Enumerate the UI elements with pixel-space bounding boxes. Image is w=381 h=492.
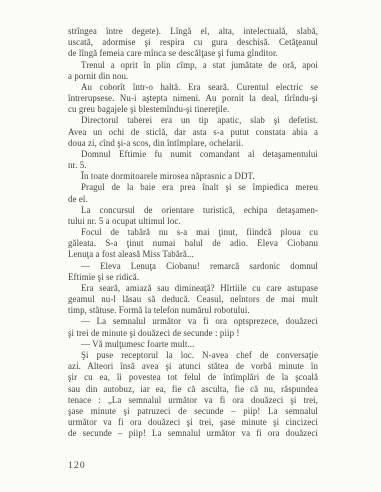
text-line: Directorul taberei era un tip apatic, sl…	[68, 115, 318, 126]
text-line: Domnul Eftimie fu numit comandant al det…	[68, 149, 318, 160]
text-line: şase minute şi patruzeci de secunde – pi…	[68, 406, 318, 417]
text-line: cu greu bagajele şi blestemîndu-şi tiner…	[68, 104, 318, 115]
text-line: — Eleva Lenuţa Ciobanu! remarcă sardonic…	[68, 261, 318, 272]
text-line: În toate dormitoarele mirosea năprasnic …	[68, 171, 318, 182]
text-line: nr. 5.	[68, 160, 318, 171]
text-line: strîngea între degete). Lîngă el, alta, …	[68, 26, 318, 37]
text-line: următor va fi ora douăzeci şi trei, şase…	[68, 417, 318, 428]
text-line: uscată, adormise şi respira cu gura desc…	[68, 37, 318, 48]
text-line: a pornit din nou.	[68, 71, 318, 82]
text-line: Trenul a oprit în plin cîmp, a stat jumă…	[68, 60, 318, 71]
text-line: — La semnalul următor va fi ora optsprez…	[68, 316, 318, 327]
text-line: şir cu ea, îi povestea tot felul de întî…	[68, 372, 318, 383]
text-line: Avea un ochi de sticlă, dar asta s-a put…	[68, 127, 318, 138]
text-line: Au coborît într-o haltă. Era seară. Cure…	[68, 82, 318, 93]
text-line: doua zi, cînd şi-a scos, din întîmplare,…	[68, 138, 318, 149]
text-line: Focul de tabără nu s-a mai ţinut, fiindc…	[68, 227, 318, 238]
page-text-block: strîngea între degete). Lîngă el, alta, …	[68, 26, 318, 439]
text-line: tenace : „La semnalul următor va fi ora …	[68, 395, 318, 406]
text-line: Eftimie şi se ridică.	[68, 272, 318, 283]
text-line: La concursul de orientare turistică, ech…	[68, 205, 318, 216]
text-line: Era seară, amiază sau dimineaţă? Hîrtiil…	[68, 283, 318, 294]
text-line: Pragul de la baie era prea înalt şi se î…	[68, 182, 318, 193]
text-line: timp, stătuse. Formă la telefon numărul …	[68, 305, 318, 316]
text-line: geamul nu-l lăsau să deducă. Ceasul, neî…	[68, 294, 318, 305]
text-line: găleata. S-a ţinut numai balul de adio. …	[68, 238, 318, 249]
text-line: azi. Alteori însă avea şi atunci stătea …	[68, 361, 318, 372]
text-line: şi trei de minute şi douăzeci de secunde…	[68, 328, 318, 339]
text-line: tului nr. 5 a ocupat ultimul loc.	[68, 216, 318, 227]
text-line: întrerupsese. Nu-i aştepta nimeni. Au po…	[68, 93, 318, 104]
text-line: de el.	[68, 194, 318, 205]
text-line: — Vă mulţumesc foarte mult...	[68, 339, 318, 350]
text-line: sau din autobuz, iar ea, fie că asculta,…	[68, 384, 318, 395]
book-page: strîngea între degete). Lîngă el, alta, …	[0, 0, 381, 492]
text-line: Şi puse receptorul la loc. N-avea chef d…	[68, 350, 318, 361]
page-number: 120	[68, 461, 86, 471]
text-line: de lîngă femeia care mînca se descălţase…	[68, 48, 318, 59]
text-line: de secunde – piip! La semnalul următor v…	[68, 428, 318, 439]
text-line: Lenuţa a fost aleasă Miss Tabără...	[68, 249, 318, 260]
